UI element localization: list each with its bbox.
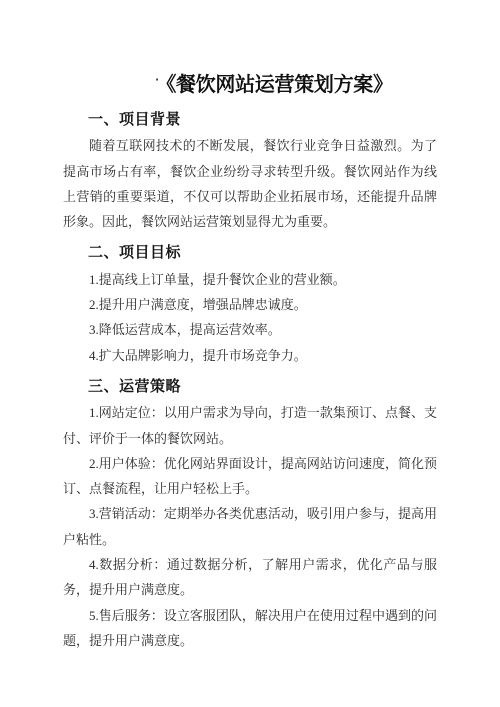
strategy-item-3: 3.营销活动：定期举办各类优惠活动，吸引用户参与，提高用户粘性。 bbox=[63, 501, 437, 552]
section-project-goals: 二、项目目标 1.提高线上订单量，提升餐饮企业的营业额。 2.提升用户满意度，增… bbox=[63, 241, 437, 367]
goal-item-2: 2.提升用户满意度，增强品牌忠诚度。 bbox=[63, 292, 437, 317]
section-heading-project-goals: 二、项目目标 bbox=[63, 241, 437, 266]
document-page: ·《餐饮网站运营策划方案》 一、项目背景 随着互联网技术的不断发展，餐饮行业竞争… bbox=[0, 0, 500, 707]
section-heading-operation-strategy: 三、运营策略 bbox=[63, 375, 437, 400]
section-operation-strategy: 三、运营策略 1.网站定位：以用户需求为导向，打造一款集预订、点餐、支付、评价于… bbox=[63, 375, 437, 653]
paragraph-background: 随着互联网技术的不断发展，餐饮行业竞争日益激烈。为了提高市场占有率，餐饮企业纷纷… bbox=[63, 133, 437, 234]
goal-item-4: 4.扩大品牌影响力，提升市场竞争力。 bbox=[63, 343, 437, 368]
document-title-text: 《餐饮网站运营策划方案》 bbox=[166, 74, 392, 96]
section-heading-project-background: 一、项目背景 bbox=[63, 108, 437, 133]
section-project-background: 一、项目背景 随着互联网技术的不断发展，餐饮行业竞争日益激烈。为了提高市场占有率… bbox=[63, 108, 437, 234]
document-title: ·《餐饮网站运营策划方案》 bbox=[63, 67, 437, 98]
strategy-item-2: 2.用户体验：优化网站界面设计，提高网站访问速度，简化预订、点餐流程，让用户轻松… bbox=[63, 451, 437, 502]
title-bullet-dot: · bbox=[155, 72, 159, 87]
strategy-item-4: 4.数据分析：通过数据分析，了解用户需求，优化产品与服务，提升用户满意度。 bbox=[63, 552, 437, 603]
goal-item-3: 3.降低运营成本，提高运营效率。 bbox=[63, 317, 437, 342]
strategy-item-5: 5.售后服务：设立客服团队，解决用户在使用过程中遇到的问题，提升用户满意度。 bbox=[63, 603, 437, 654]
goal-item-1: 1.提高线上订单量，提升餐饮企业的营业额。 bbox=[63, 267, 437, 292]
strategy-item-1: 1.网站定位：以用户需求为导向，打造一款集预订、点餐、支付、评价于一体的餐饮网站… bbox=[63, 400, 437, 451]
